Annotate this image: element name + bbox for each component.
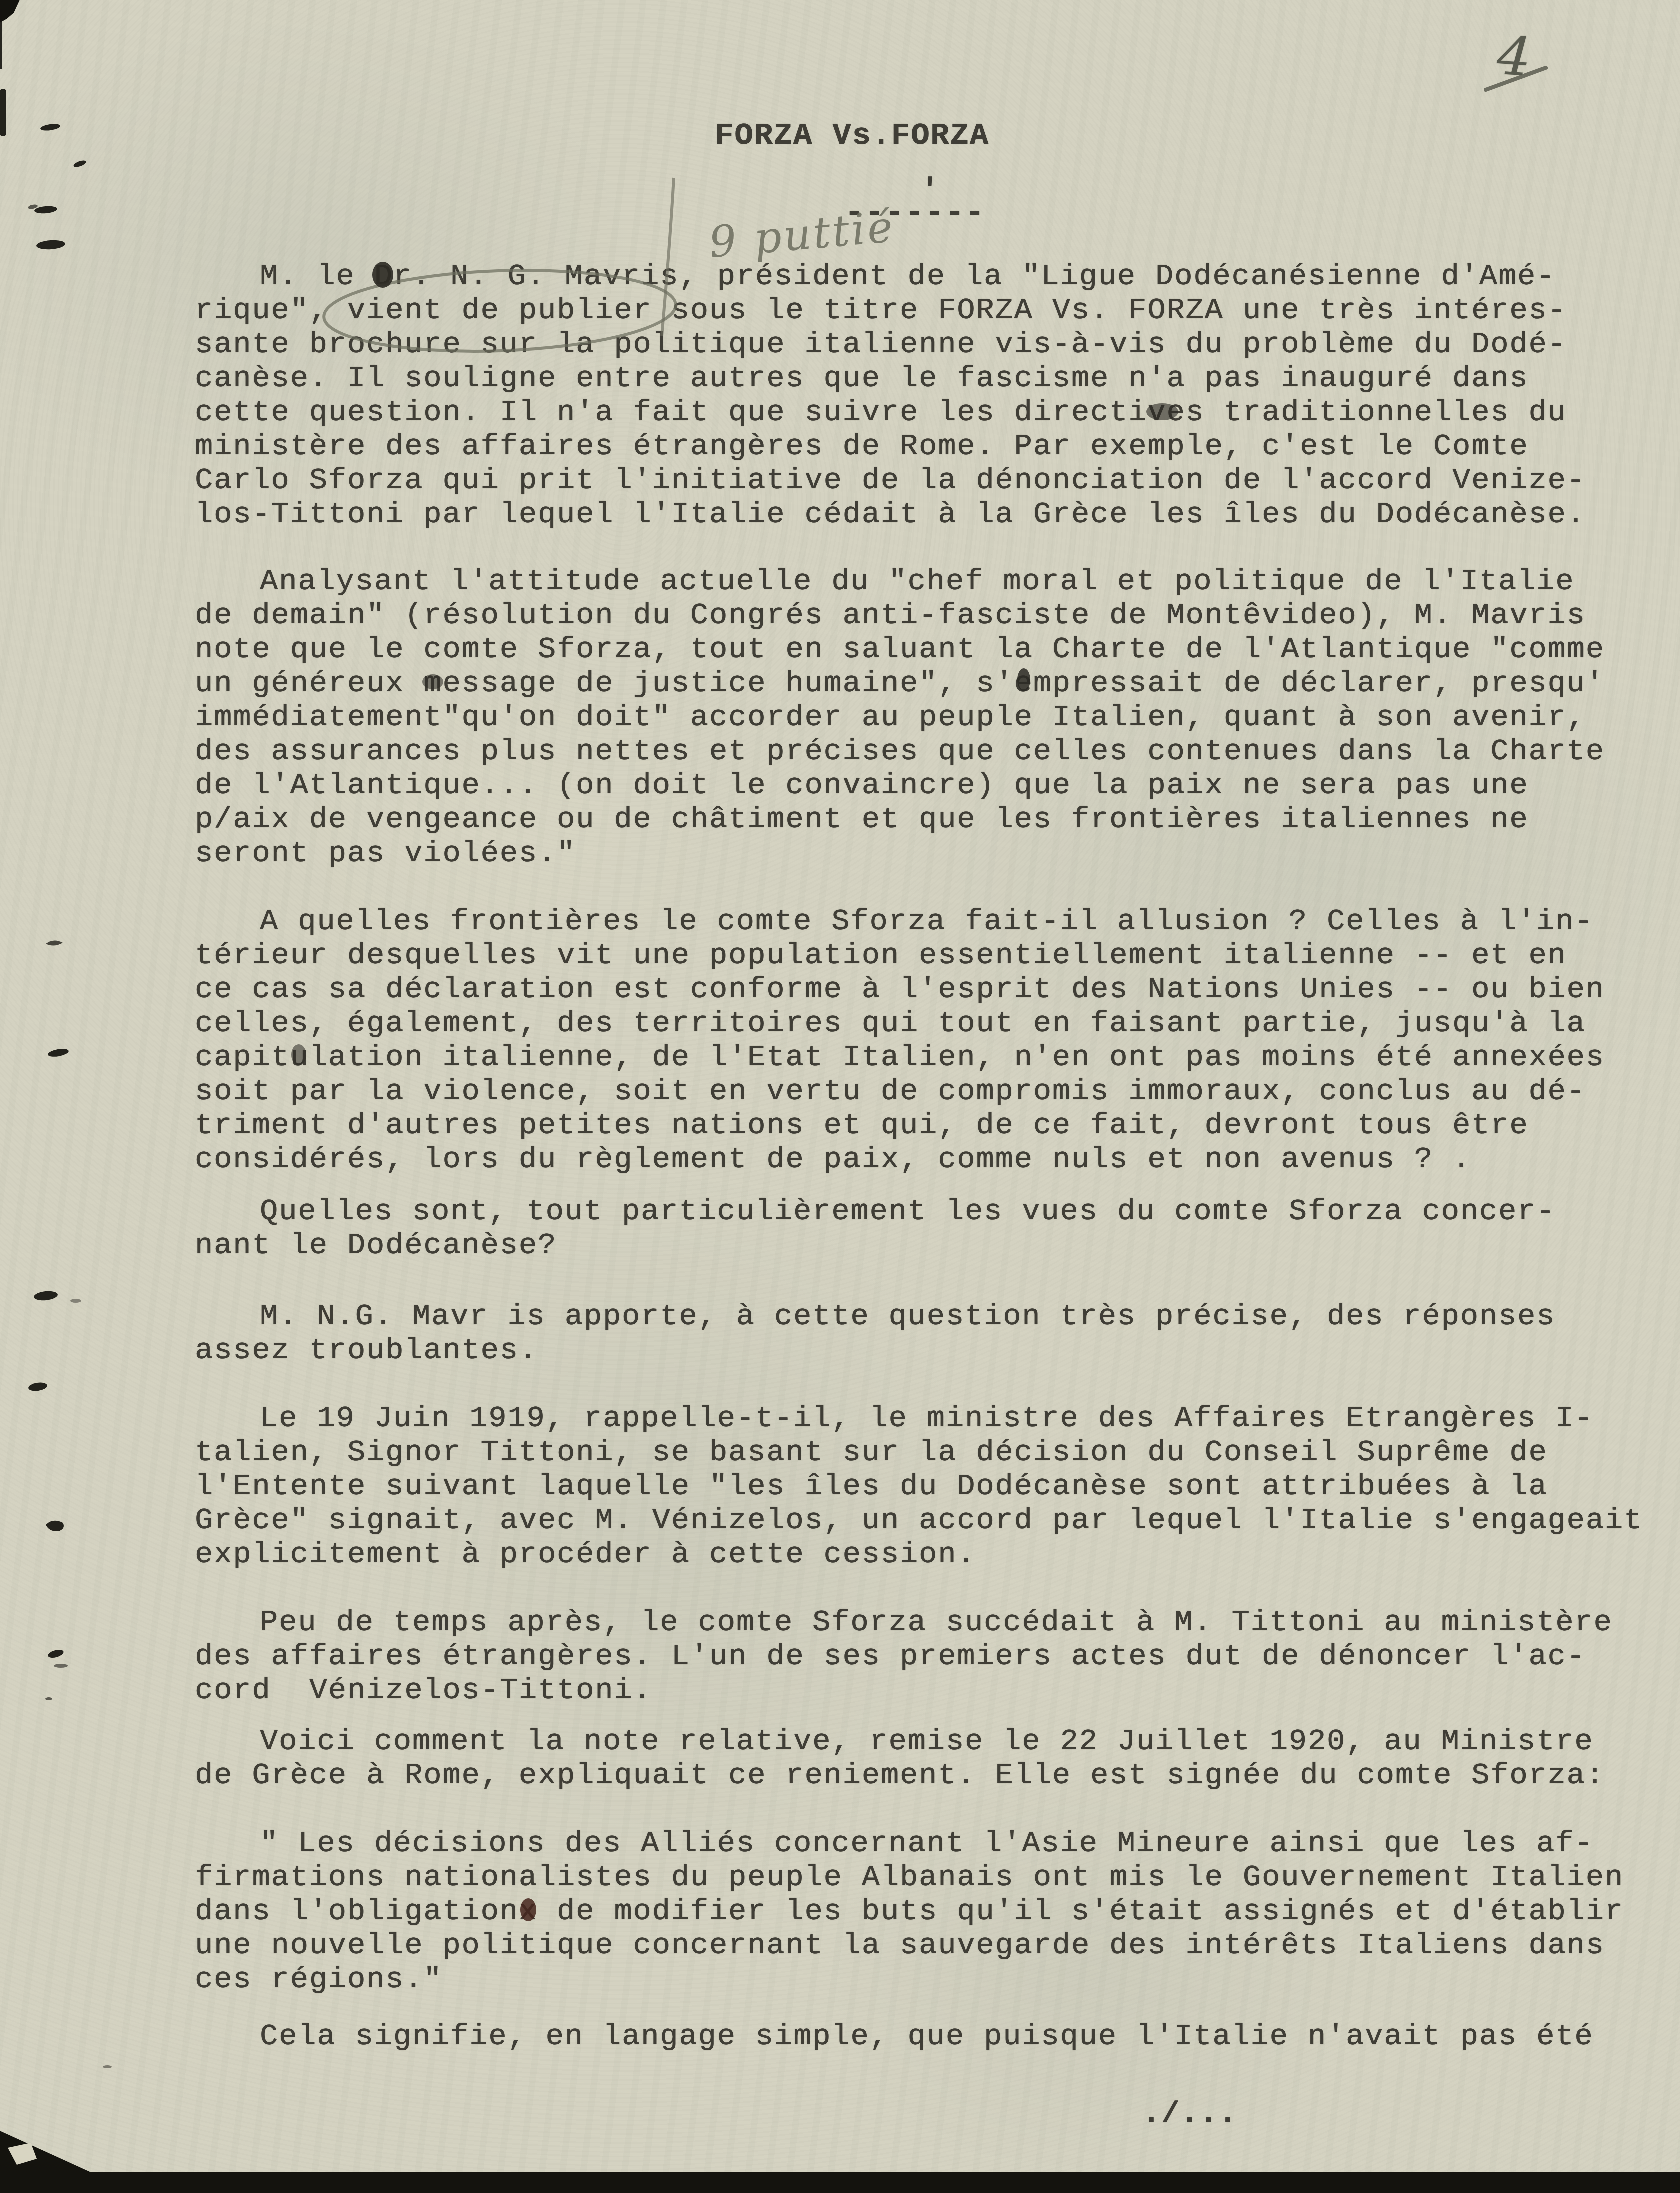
paragraph-10: Cela signifie, en langage simple, que pu… — [195, 2020, 1593, 2054]
scan-edge-left-blotch — [0, 89, 6, 136]
pencil-annotation: 9 puttié — [707, 202, 896, 268]
scan-corner-bottom-left — [0, 2131, 90, 2172]
ink-specks — [27, 123, 112, 2068]
paragraph-9: " Les décisions des Alliés concernant l'… — [195, 1827, 1624, 1997]
paragraph-2: Analysant l'attitude actuelle du "chef m… — [195, 565, 1605, 871]
continuation-mark: ./... — [1142, 2097, 1238, 2131]
paragraph-1: M. le Dr. N. G. Mavris, président de la … — [195, 260, 1586, 532]
paragraph-3: A quelles frontières le comte Sforza fai… — [195, 905, 1605, 1177]
paper-notch-bottom-left — [8, 2143, 37, 2165]
paragraph-4: Quelles sont, tout particulièrement les … — [195, 1195, 1555, 1263]
scan-edge-bottom — [0, 2172, 1680, 2193]
scan-corner-top-left — [0, 0, 20, 23]
paragraph-5: M. N.G. Mavr is apporte, à cette questio… — [195, 1300, 1555, 1368]
handwritten-page-number: 4 — [1495, 25, 1533, 88]
paragraph-8: Voici comment la note relative, remise l… — [195, 1725, 1605, 1793]
document-page: 4 FORZA Vs.FORZA ' ------- 9 puttié M. l… — [0, 0, 1680, 2193]
paragraph-7: Peu de temps après, le comte Sforza succ… — [195, 1606, 1613, 1708]
page-title: FORZA Vs.FORZA — [715, 119, 989, 153]
scan-edge-left-sliver — [0, 9, 2, 69]
paragraph-6: Le 19 Juin 1919, rappelle-t-il, le minis… — [195, 1402, 1643, 1572]
